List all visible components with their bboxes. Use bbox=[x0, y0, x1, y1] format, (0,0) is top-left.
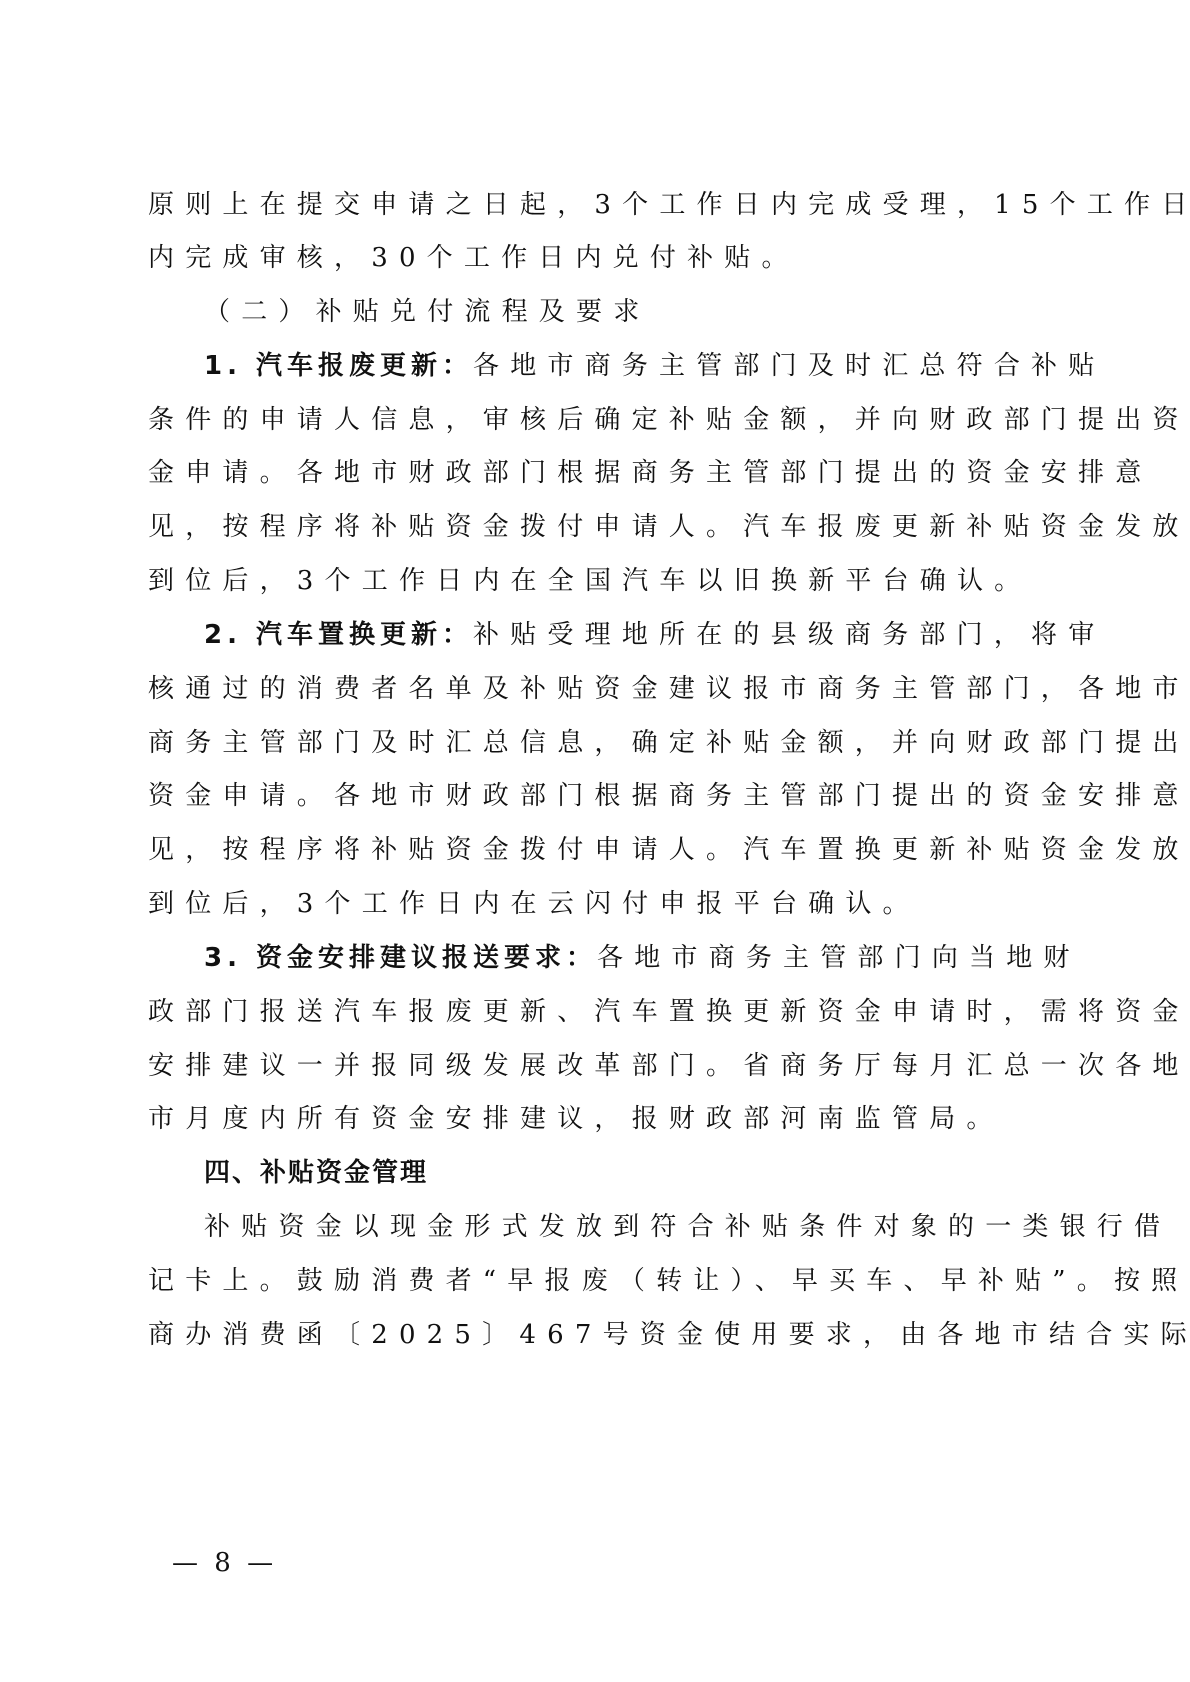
paragraph-line: 见，按程序将补贴资金拨付申请人。汽车置换更新补贴资金发放 bbox=[148, 830, 970, 870]
paragraph-line: 到位后，3个工作日内在全国汽车以旧换新平台确认。 bbox=[148, 561, 970, 601]
section-heading: 四、补贴资金管理 bbox=[204, 1153, 970, 1193]
item-title-bold: 1. 汽车报废更新： bbox=[204, 351, 473, 381]
paragraph-line: 补贴资金以现金形式发放到符合补贴条件对象的一类银行借 bbox=[204, 1207, 970, 1247]
paragraph-line: 商务主管部门及时汇总信息，确定补贴金额，并向财政部门提出 bbox=[148, 723, 970, 763]
paragraph-line: 3. 资金安排建议报送要求：各地市商务主管部门向当地财 bbox=[204, 938, 970, 978]
paragraph-line: 原则上在提交申请之日起，3个工作日内完成受理，15个工作日 bbox=[148, 185, 970, 225]
paragraph-line: 2. 汽车置换更新：补贴受理地所在的县级商务部门，将审 bbox=[204, 615, 970, 655]
paragraph-line: 安排建议一并报同级发展改革部门。省商务厅每月汇总一次各地 bbox=[148, 1046, 970, 1086]
subsection-heading: （二）补贴兑付流程及要求 bbox=[204, 292, 970, 332]
paragraph-line: 核通过的消费者名单及补贴资金建议报市商务主管部门，各地市 bbox=[148, 669, 970, 709]
paragraph-line: 资金申请。各地市财政部门根据商务主管部门提出的资金安排意 bbox=[148, 776, 970, 816]
item-text: 补贴受理地所在的县级商务部门，将审 bbox=[473, 620, 1105, 650]
item-title-bold: 3. 资金安排建议报送要求： bbox=[204, 943, 597, 973]
paragraph-line: 1. 汽车报废更新：各地市商务主管部门及时汇总符合补贴 bbox=[204, 346, 970, 386]
paragraph-line: 金申请。各地市财政部门根据商务主管部门提出的资金安排意 bbox=[148, 453, 970, 493]
page-number: — 8 — bbox=[172, 1543, 277, 1583]
paragraph-line: 政部门报送汽车报废更新、汽车置换更新资金申请时，需将资金 bbox=[148, 992, 970, 1032]
paragraph-line: 到位后，3个工作日内在云闪付申报平台确认。 bbox=[148, 884, 970, 924]
item-title-bold: 2. 汽车置换更新： bbox=[204, 620, 473, 650]
item-text: 各地市商务主管部门及时汇总符合补贴 bbox=[473, 351, 1105, 381]
paragraph-line: 内完成审核，30个工作日内兑付补贴。 bbox=[148, 238, 970, 278]
paragraph-line: 见，按程序将补贴资金拨付申请人。汽车报废更新补贴资金发放 bbox=[148, 507, 970, 547]
section-heading-text: 四、补贴资金管理 bbox=[204, 1158, 428, 1188]
item-text: 各地市商务主管部门向当地财 bbox=[597, 943, 1081, 973]
paragraph-line: 记卡上。鼓励消费者“早报废（转让）、早买车、早补贴”。按照 bbox=[148, 1261, 970, 1301]
paragraph-line: 条件的申请人信息，审核后确定补贴金额，并向财政部门提出资 bbox=[148, 400, 970, 440]
document-page: 原则上在提交申请之日起，3个工作日内完成受理，15个工作日 内完成审核，30个工… bbox=[0, 0, 1190, 1682]
paragraph-line: 商办消费函〔2025〕467号资金使用要求，由各地市结合实际、 bbox=[148, 1315, 970, 1355]
paragraph-line: 市月度内所有资金安排建议，报财政部河南监管局。 bbox=[148, 1099, 970, 1139]
